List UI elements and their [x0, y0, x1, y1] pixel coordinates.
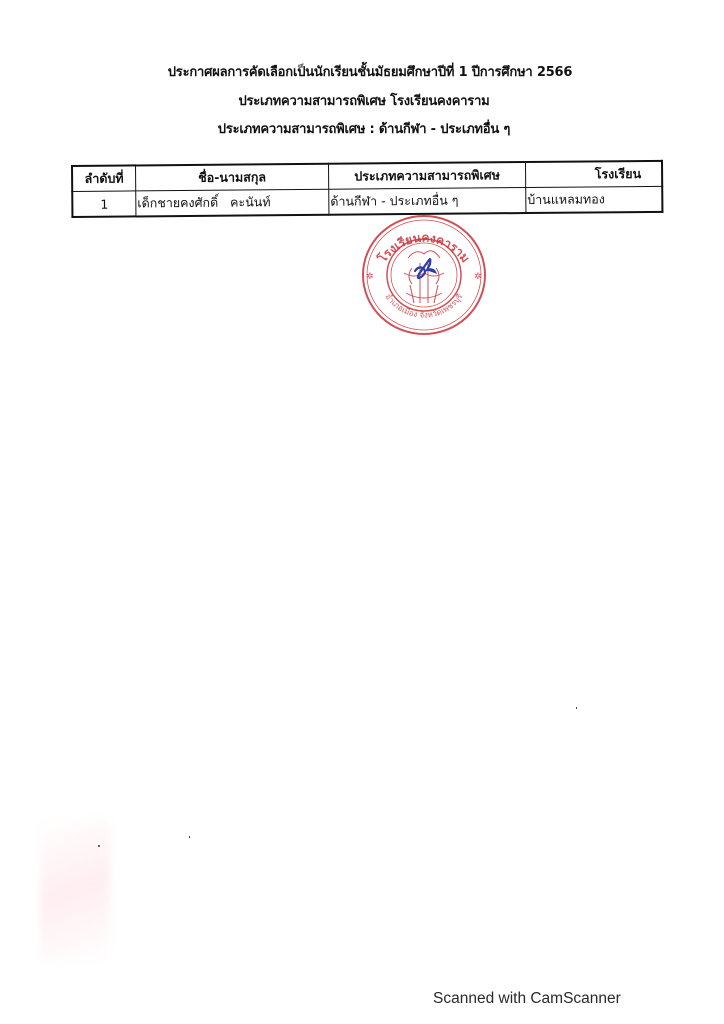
svg-text:อำเภอเมือง จังหวัดเพชรบุรี: อำเภอเมือง จังหวัดเพชรบุรี	[383, 292, 464, 320]
results-table-container: ลำดับที่ ชื่อ-นามสกุล ประเภทความสามารถพิ…	[71, 160, 639, 218]
scan-artifact	[40, 820, 110, 960]
scan-speck	[189, 836, 190, 838]
cell-name: เด็กชายคงศักดิ์ คะนันท์	[136, 189, 329, 216]
school-seal-stamp: โรงเรียนคงคาราม อำเภอเมือง จังหวัดเพชรบุ…	[360, 213, 488, 337]
scan-speck	[98, 845, 100, 847]
announcement-category: ประเภทความสามารถพิเศษ : ด้านกีฬา - ประเภ…	[2, 118, 724, 139]
announcement-subtitle: ประเภทความสามารถพิเศษ โรงเรียนคงคาราม	[2, 90, 724, 111]
scan-speck	[576, 707, 577, 709]
seal-icon: โรงเรียนคงคาราม อำเภอเมือง จังหวัดเพชรบุ…	[360, 213, 488, 337]
header-school: โรงเรียน	[525, 161, 662, 188]
header-order: ลำดับที่	[72, 165, 136, 191]
svg-text:✲: ✲	[366, 272, 374, 282]
svg-text:✲: ✲	[474, 272, 482, 282]
camscanner-watermark: Scanned with CamScanner	[433, 990, 621, 1008]
signature-icon	[415, 259, 435, 278]
cell-category: ด้านกีฬา - ประเภทอื่น ๆ	[329, 188, 526, 215]
announcement-title: ประกาศผลการคัดเลือกเป็นนักเรียนชั้นมัธยม…	[8, 61, 724, 82]
header-category: ประเภทความสามารถพิเศษ	[328, 162, 525, 189]
header-name: ชื่อ-นามสกุล	[136, 164, 329, 191]
cell-school: บ้านแหลมทอง	[526, 186, 663, 213]
cell-order: 1	[72, 191, 136, 217]
results-table: ลำดับที่ ชื่อ-นามสกุล ประเภทความสามารถพิ…	[71, 160, 663, 218]
